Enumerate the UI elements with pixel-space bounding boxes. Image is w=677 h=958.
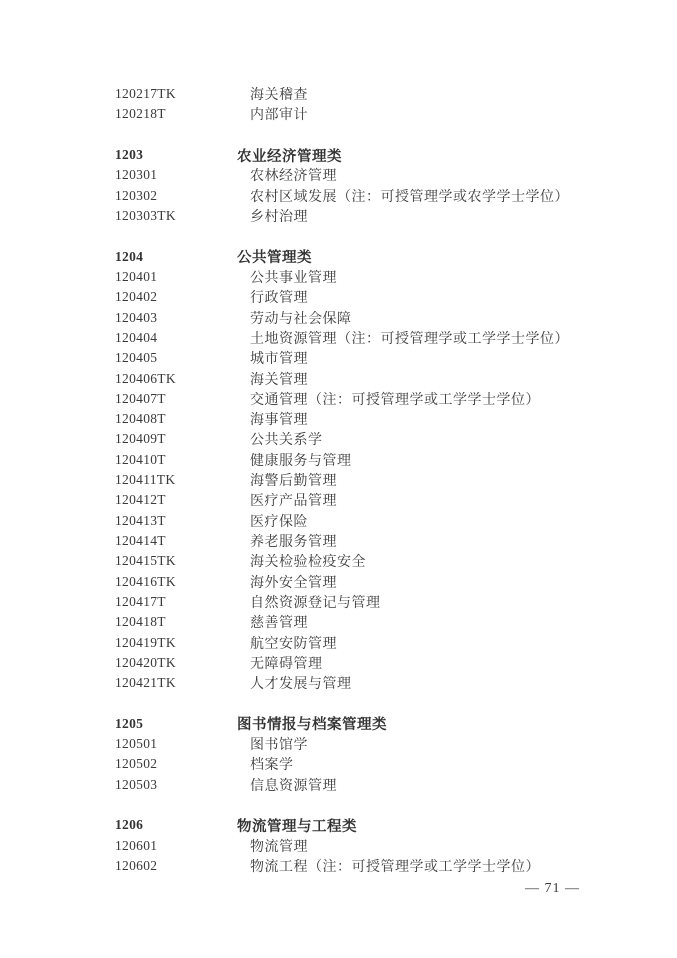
major-code: 1203	[115, 147, 237, 163]
major-row: 120416TK 海外安全管理	[115, 572, 637, 592]
major-name: 海警后勤管理	[237, 470, 337, 490]
major-code: 120408T	[115, 411, 237, 427]
major-code: 120405	[115, 350, 237, 366]
major-row: 120419TK 航空安防管理	[115, 632, 637, 652]
major-row: 120602 物流工程（注：可授管理学或工学学士学位）	[115, 856, 637, 876]
major-code: 120601	[115, 838, 237, 854]
major-code: 120503	[115, 777, 237, 793]
major-name: 土地资源管理（注：可授管理学或工学学士学位）	[237, 328, 569, 348]
major-row: 120217TK 海关稽查	[115, 84, 637, 104]
major-code: 120413T	[115, 513, 237, 529]
major-name: 医疗保险	[237, 511, 308, 531]
major-name: 乡村治理	[237, 206, 308, 226]
major-row: 120502 档案学	[115, 754, 637, 774]
major-name: 农村区域发展（注：可授管理学或农学学士学位）	[237, 186, 569, 206]
major-row: 120303TK 乡村治理	[115, 206, 637, 226]
major-row: 120417T 自然资源登记与管理	[115, 592, 637, 612]
major-name: 人才发展与管理	[237, 673, 352, 693]
major-row: 120601 物流管理	[115, 836, 637, 856]
major-code: 120417T	[115, 594, 237, 610]
major-code: 120402	[115, 289, 237, 305]
major-row: 120420TK 无障碍管理	[115, 653, 637, 673]
major-code: 120414T	[115, 533, 237, 549]
major-name: 公共事业管理	[237, 267, 337, 287]
major-code: 120406TK	[115, 371, 237, 387]
major-name: 海关检验检疫安全	[237, 551, 366, 571]
major-row: 120418T 慈善管理	[115, 612, 637, 632]
major-name: 公共管理类	[237, 246, 312, 267]
major-code: 120410T	[115, 452, 237, 468]
major-name: 信息资源管理	[237, 775, 337, 795]
category-row: 1203 农业经济管理类	[115, 145, 637, 165]
major-row: 120402 行政管理	[115, 287, 637, 307]
major-row: 120415TK 海关检验检疫安全	[115, 551, 637, 571]
major-code: 120412T	[115, 492, 237, 508]
major-catalog-list: 120217TK 海关稽查 120218T 内部审计 1203 农业经济管理类 …	[115, 84, 637, 876]
major-code: 1204	[115, 249, 237, 265]
major-row: 120409T 公共关系学	[115, 429, 637, 449]
major-name: 海关稽查	[237, 84, 308, 104]
major-name: 农业经济管理类	[237, 145, 342, 166]
major-name: 图书馆学	[237, 734, 308, 754]
category-row: 1206 物流管理与工程类	[115, 815, 637, 835]
document-page: 120217TK 海关稽查 120218T 内部审计 1203 农业经济管理类 …	[0, 0, 677, 958]
major-row: 120414T 养老服务管理	[115, 531, 637, 551]
major-code: 120407T	[115, 391, 237, 407]
major-code: 120419TK	[115, 635, 237, 651]
major-name: 海关管理	[237, 369, 308, 389]
major-name: 农林经济管理	[237, 165, 337, 185]
major-row: 120503 信息资源管理	[115, 775, 637, 795]
major-code: 120416TK	[115, 574, 237, 590]
category-row: 1205 图书情报与档案管理类	[115, 714, 637, 734]
major-name: 无障碍管理	[237, 653, 323, 673]
major-row: 120407T 交通管理（注：可授管理学或工学学士学位）	[115, 389, 637, 409]
major-name: 行政管理	[237, 287, 308, 307]
major-row: 120302 农村区域发展（注：可授管理学或农学学士学位）	[115, 186, 637, 206]
major-name: 劳动与社会保障	[237, 308, 352, 328]
major-row: 120218T 内部审计	[115, 104, 637, 124]
major-row: 120421TK 人才发展与管理	[115, 673, 637, 693]
major-row: 120501 图书馆学	[115, 734, 637, 754]
major-row: 120408T 海事管理	[115, 409, 637, 429]
major-row: 120410T 健康服务与管理	[115, 450, 637, 470]
page-number: — 71 —	[0, 881, 580, 897]
major-name: 慈善管理	[237, 612, 308, 632]
major-name: 档案学	[237, 754, 294, 774]
major-name: 医疗产品管理	[237, 490, 337, 510]
major-code: 120418T	[115, 614, 237, 630]
major-name: 公共关系学	[237, 429, 323, 449]
major-code: 120302	[115, 188, 237, 204]
major-row: 120301 农林经济管理	[115, 165, 637, 185]
major-name: 物流管理与工程类	[237, 815, 357, 836]
major-row: 120411TK 海警后勤管理	[115, 470, 637, 490]
major-name: 图书情报与档案管理类	[237, 713, 387, 734]
major-code: 1205	[115, 716, 237, 732]
major-name: 交通管理（注：可授管理学或工学学士学位）	[237, 389, 540, 409]
major-code: 120409T	[115, 431, 237, 447]
major-code: 120415TK	[115, 553, 237, 569]
major-code: 120301	[115, 167, 237, 183]
major-name: 城市管理	[237, 348, 308, 368]
major-code: 120602	[115, 858, 237, 874]
major-name: 海外安全管理	[237, 572, 337, 592]
major-row: 120412T 医疗产品管理	[115, 490, 637, 510]
major-code: 120411TK	[115, 472, 237, 488]
major-code: 120501	[115, 736, 237, 752]
major-row: 120401 公共事业管理	[115, 267, 637, 287]
major-code: 120404	[115, 330, 237, 346]
major-code: 120421TK	[115, 675, 237, 691]
major-name: 养老服务管理	[237, 531, 337, 551]
major-name: 海事管理	[237, 409, 308, 429]
major-code: 120217TK	[115, 86, 237, 102]
major-row: 120405 城市管理	[115, 348, 637, 368]
major-row: 120406TK 海关管理	[115, 368, 637, 388]
major-code: 120403	[115, 310, 237, 326]
major-code: 1206	[115, 817, 237, 833]
major-code: 120401	[115, 269, 237, 285]
major-row: 120413T 医疗保险	[115, 511, 637, 531]
major-name: 自然资源登记与管理	[237, 592, 381, 612]
major-name: 健康服务与管理	[237, 450, 352, 470]
major-name: 内部审计	[237, 104, 308, 124]
major-code: 120420TK	[115, 655, 237, 671]
major-row: 120403 劳动与社会保障	[115, 307, 637, 327]
major-row: 120404 土地资源管理（注：可授管理学或工学学士学位）	[115, 328, 637, 348]
major-code: 120502	[115, 756, 237, 772]
major-code: 120303TK	[115, 208, 237, 224]
major-name: 航空安防管理	[237, 633, 337, 653]
category-row: 1204 公共管理类	[115, 247, 637, 267]
major-name: 物流工程（注：可授管理学或工学学士学位）	[237, 856, 540, 876]
major-code: 120218T	[115, 106, 237, 122]
major-name: 物流管理	[237, 836, 308, 856]
